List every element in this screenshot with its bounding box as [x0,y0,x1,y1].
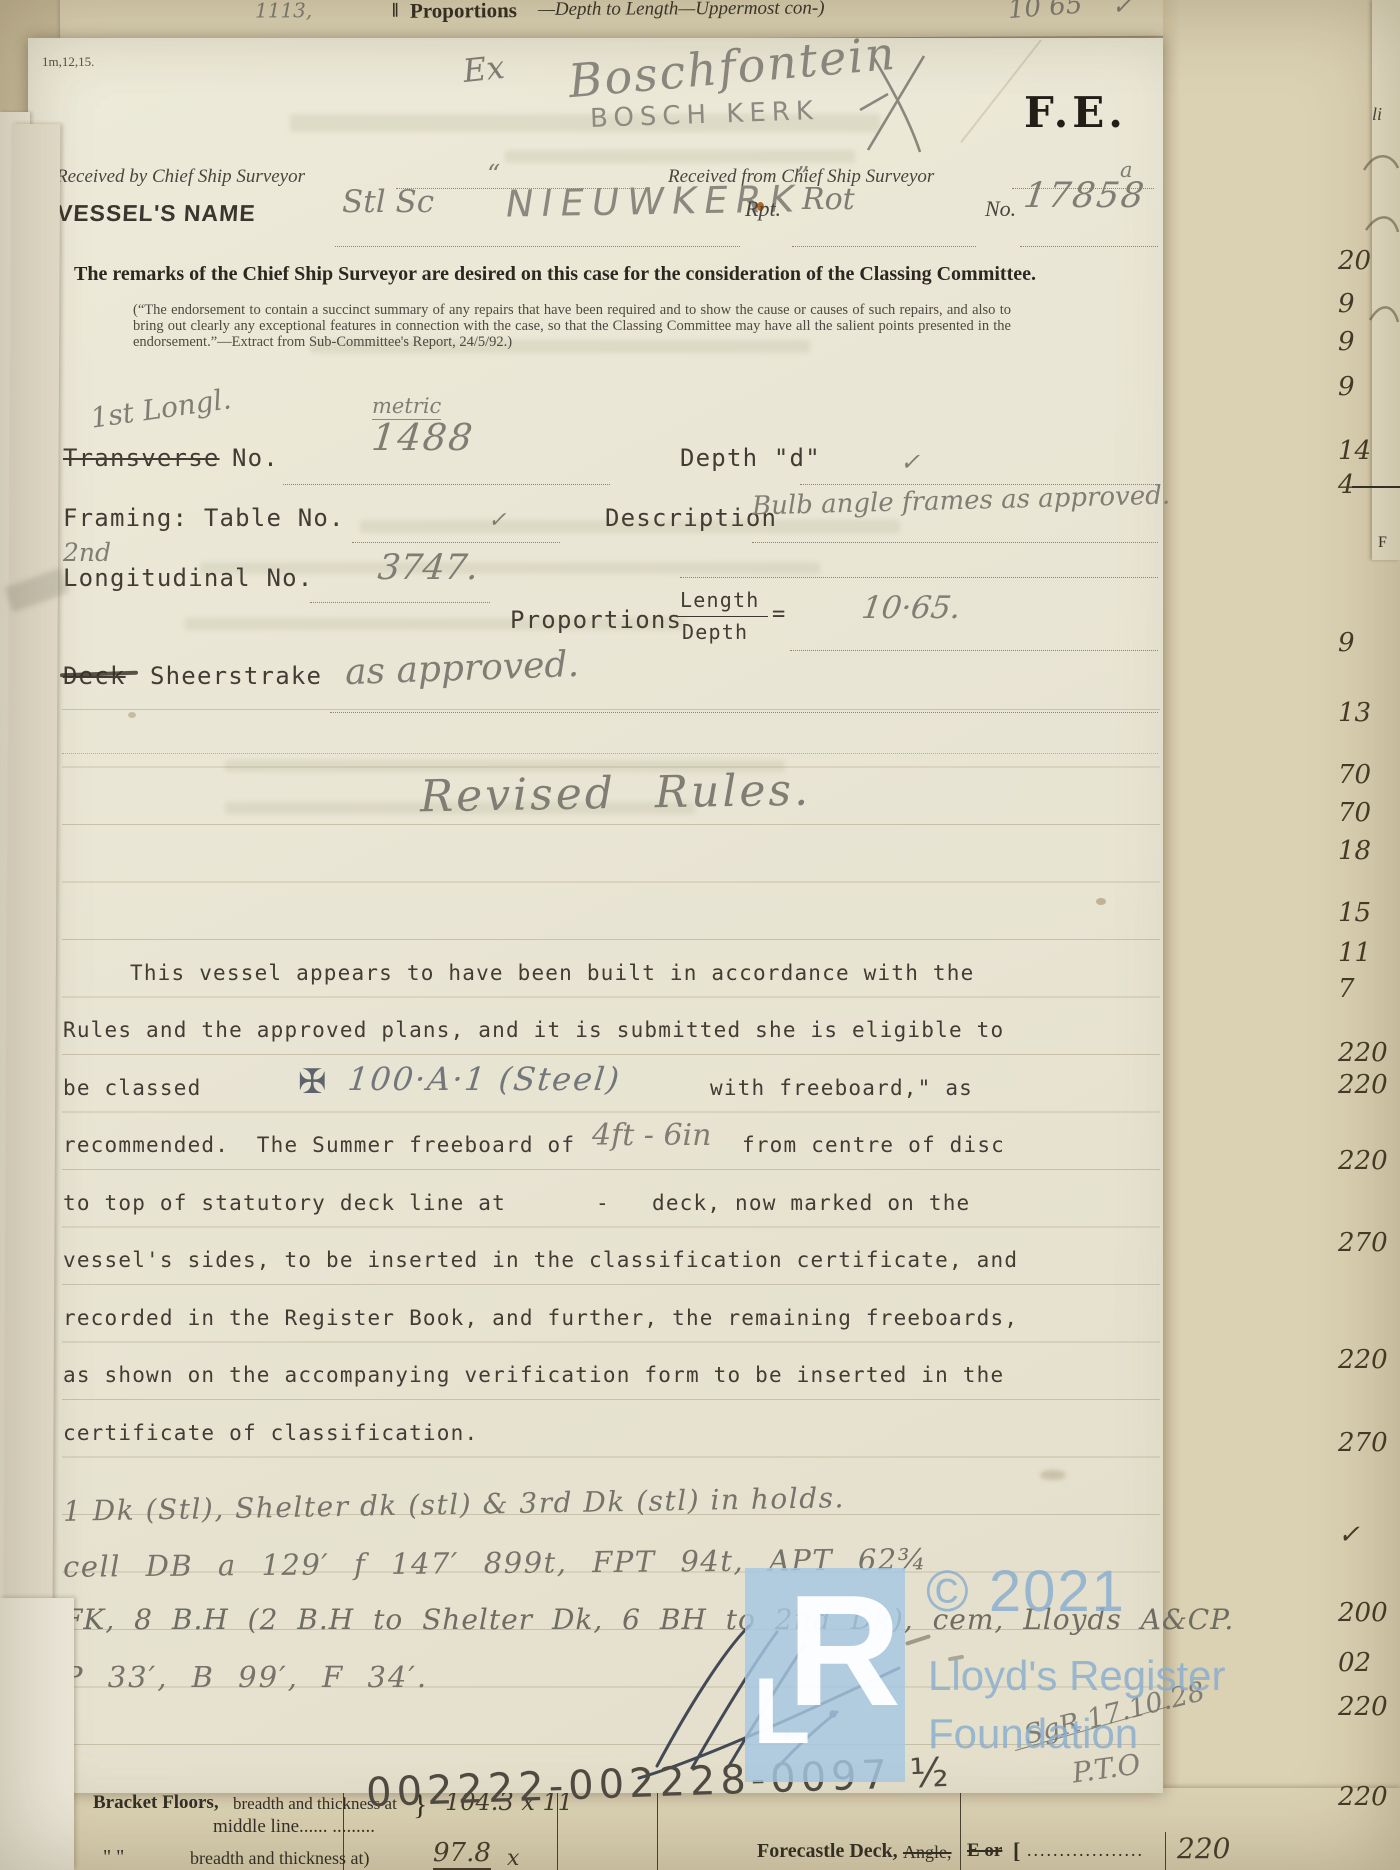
rpt-line [792,246,976,247]
margin-figure: 14 [1338,436,1371,466]
fe-designation: F.E. [1024,88,1127,137]
top-check-mark: ✓ [1112,0,1132,20]
paragraph-line-6: vessel's sides, to be inserted in the cl… [63,1248,1018,1272]
report-no-line [1020,246,1158,247]
margin-figure: 270 [1338,1228,1388,1258]
report-no-value: 17858 [1021,176,1148,216]
fraction-equals: = [772,602,786,627]
form-code: 1m,12,15. [42,54,94,70]
margin-figure: 70 [1338,798,1371,828]
fraction-length: Length [680,588,759,612]
paragraph-line-9: certificate of classification. [63,1421,478,1445]
table-rule-4 [960,1788,961,1870]
vessel-name-line [335,246,740,247]
margin-figure: 270 [1338,1428,1388,1458]
forecastle-dots: .................. [1027,1840,1144,1861]
ordinal-annotation: 2nd [63,538,111,567]
stain-2 [128,712,136,718]
paragraph-line-8: as shown on the accompanying verificatio… [63,1363,1004,1387]
margin-figure: 18 [1338,836,1371,866]
paragraph-line-3-pre: be classed [63,1076,201,1100]
note-dimensions: P 33′, B 99′, F 34′. [63,1660,428,1694]
vessel-quote-open: “ [487,160,500,190]
breadth-times: x [507,1846,519,1870]
framing-line [352,542,560,543]
forecastle-eor-struck: E or [967,1840,1002,1862]
description-line-1 [752,542,1158,543]
longitudinal-value: 3747. [376,548,480,588]
scanned-survey-document: 1113, ‖ Proportions —Depth to Length—Upp… [0,0,1400,1870]
paragraph-line-5-dash: - [596,1191,610,1215]
margin-figure: 20 [1338,246,1371,276]
table-rule-5 [1165,1832,1166,1870]
top-left-fragment: 1113, [255,0,312,23]
lr-logo-l: L [753,1664,810,1758]
sheerstrake-value: as approved. [344,644,579,693]
paragraph-line-5-post: deck, now marked on the [652,1191,970,1215]
depth-check: ✓ [900,448,920,476]
margin-figure: 13 [1338,698,1371,728]
fraction-bar [678,616,768,617]
margin-figure: 9 [1338,327,1355,357]
margin-figure: 02 [1338,1648,1371,1678]
top-proportions-value: 10 65 [1007,0,1083,25]
sheerstrake-line [330,712,1158,713]
endorsement-note: (“The endorsement to contain a succinct … [133,302,1011,350]
breadth-value: 97.8 [433,1838,491,1870]
stain-3 [1040,1470,1066,1480]
freeboard-value: 4ft - 6in [592,1118,711,1153]
forecastle-label: Forecastle Deck, [757,1840,898,1863]
report-no-label: No. [985,196,1016,222]
forecastle-angle-struck: Angle, [903,1842,952,1863]
framing-label: Framing: Table No. [63,504,345,532]
depth-d-label: Depth "d" [680,444,821,472]
fraction-depth: Depth [682,620,748,644]
margin-figure: 220 [1338,1345,1388,1375]
left-paper-strip-bottom [0,1598,74,1870]
margin-figure: 220 [1338,1146,1388,1176]
bracket-floors-label: Bracket Floors, [93,1792,219,1814]
spare-dotted-line [62,753,1158,754]
framing-check: ✓ [488,508,506,533]
margin-figure: 9 [1338,289,1355,319]
paragraph-line-5-pre: to top of statutory deck line at [63,1191,506,1215]
longitudinal-line [310,602,490,603]
vessel-prefix: Stl Sc [342,184,434,220]
transverse-line [283,484,610,485]
top-proportions-label: Proportions [410,0,517,24]
class-cross-symbol: ✠ [298,1062,327,1102]
class-notation-value: 100·A·1 (Steel) [346,1060,623,1098]
lr-logo-watermark: R L [745,1568,905,1782]
sheerstrake-label: Sheerstrake [150,662,322,690]
margin-figure: 9 [1338,372,1355,402]
transverse-label-struck: Transverse [63,444,220,472]
pencil-ex: Ex [461,48,506,90]
vessel-name-label: VESSEL'S NAME [56,200,256,227]
margin-figure: 15 [1338,898,1371,928]
paragraph-line-4-pre: recommended. The Summer freeboard of [63,1133,575,1157]
margin-figure: 7 [1338,974,1355,1004]
margin-figure: 220 [1338,1070,1388,1100]
margin-figure: 11 [1338,938,1371,968]
forecastle-value: 220 [1177,1832,1230,1865]
ditto-marks: " " [103,1846,124,1869]
top-proportions-text: —Depth to Length—Uppermost con-) [538,0,825,21]
left-paper-strip-inner [4,124,61,1764]
forecastle-bracket: [ [1013,1838,1020,1864]
stain-1 [1096,898,1106,905]
right-margin-figures: 2099914491370701815117220220220270220270… [1336,0,1400,1870]
margin-figure: 200 [1338,1598,1388,1628]
transverse-no-label: No. [232,444,279,472]
longitudinal-label: Longitudinal No. [63,564,313,592]
margin-figure: 220 [1338,1782,1388,1812]
margin-figure: ✓ [1338,1520,1360,1550]
margin-figure: 220 [1338,1692,1388,1722]
margin-figure: 9 [1338,628,1355,658]
margin-figure: 70 [1338,760,1371,790]
paragraph-line-3-post: with freeboard," as [710,1076,973,1100]
rpt-value: Rot [802,182,855,217]
proportions-value: 10·65. [859,590,963,626]
middle-line-label: middle line...... ......... [213,1816,375,1838]
paragraph-line-4-post: from centre of disc [742,1133,1005,1157]
revised-rules-note: Revised Rules. [420,765,812,823]
transverse-value: 1488 [370,416,477,459]
paragraph-line-2: Rules and the approved plans, and it is … [63,1018,1004,1042]
proportions-label: Proportions [510,606,682,634]
received-by-label: Received by Chief Ship Surveyor [56,166,305,188]
paragraph-line-7: recorded in the Register Book, and furth… [63,1306,1018,1330]
top-divider: ‖ [392,0,399,23]
remarks-heading: The remarks of the Chief Ship Surveyor a… [74,263,1104,286]
description-line-2 [680,577,1158,578]
rpt-label: Rpt. [745,196,781,222]
breadth-label: breadth and thickness at) [190,1848,369,1869]
report-no-suffix: a [1120,158,1133,182]
paragraph-line-1: This vessel appears to have been built i… [130,961,974,985]
proportions-line [790,650,1158,651]
margin-figure: 4 [1338,470,1355,500]
pencil-x-mark [858,50,936,158]
margin-figure: 220 [1338,1038,1388,1068]
